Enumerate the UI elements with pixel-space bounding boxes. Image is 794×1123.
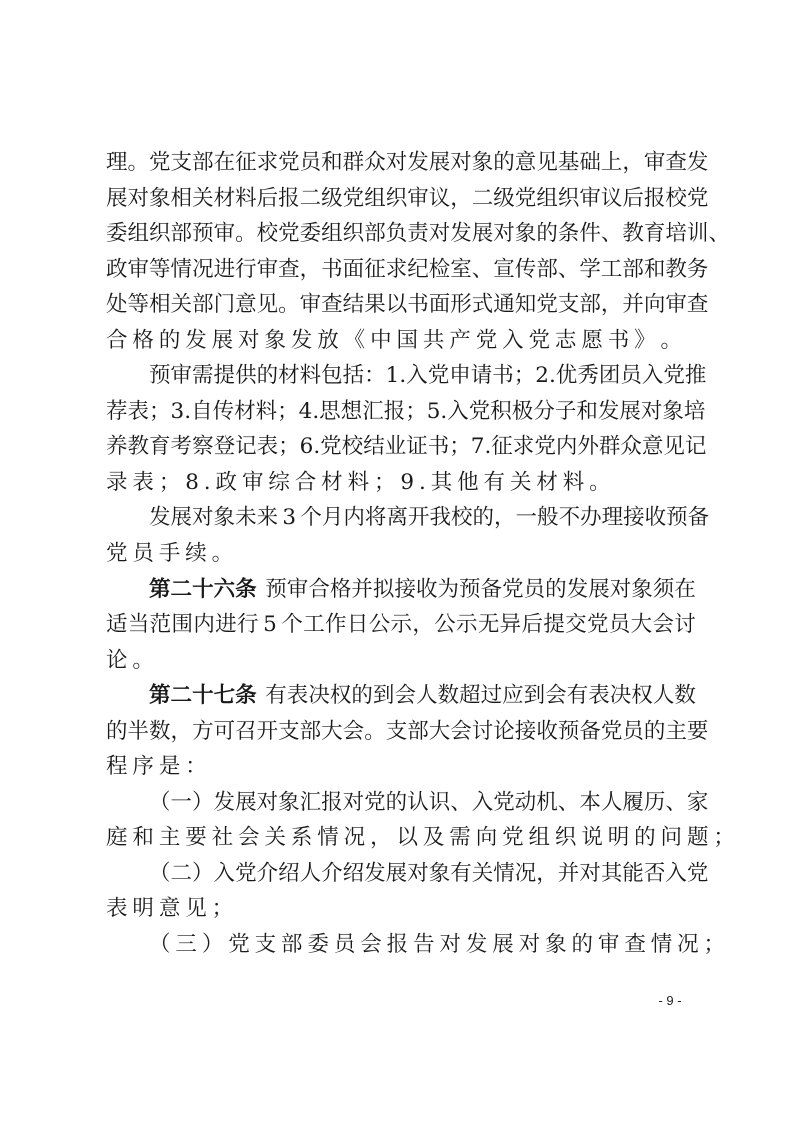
text-line: 庭和主要社会关系情况，以及需向党组织说明的问题； <box>106 820 696 856</box>
article-heading-char: 七 <box>214 678 236 714</box>
text-line: 适当范围内进行 5 个工作日公示，公示无异后提交党员大会讨 <box>106 607 696 643</box>
text-line: 论。 <box>106 643 696 679</box>
text-line: （三）党支部委员会报告对发展对象的审查情况； <box>106 927 696 963</box>
article-heading-char: 十 <box>192 572 214 608</box>
text-line: 的半数，方可召开支部大会。支部大会讨论接收预备党员的主要 <box>106 714 696 750</box>
text-line: 党员手续。 <box>106 536 696 572</box>
text-line: （一）发展对象汇报对党的认识、入党动机、本人履历、家 <box>106 785 696 821</box>
text-line: 展对象相关材料后报二级党组织审议，二级党组织审议后报校党 <box>106 181 696 217</box>
document-body: 理。党支部在征求党员和群众对发展对象的意见基础上，审查发展对象相关材料后报二级党… <box>106 145 696 963</box>
page-number: - 9 - <box>640 993 700 1008</box>
text-line: 预审需提供的材料包括：1.入党申请书；2.优秀团员入党推 <box>106 358 696 394</box>
text-line: 发展对象未来 3 个月内将离开我校的，一般不办理接收预备 <box>106 500 696 536</box>
text-line: 处等相关部门意见。审查结果以书面形式通知党支部，并向审查 <box>106 287 696 323</box>
text-line: 理。党支部在征求党员和群众对发展对象的意见基础上，审查发 <box>106 145 696 181</box>
text-line: （二）入党介绍人介绍发展对象有关情况，并对其能否入党 <box>106 856 696 892</box>
article-heading-char: 六 <box>214 572 236 608</box>
text-line: 养教育考察登记表；6.党校结业证书；7.征求党内外群众意见记 <box>106 429 696 465</box>
text-line: 表明意见； <box>106 891 696 927</box>
text-line: 荐表；3.自传材料；4.思想汇报；5.入党积极分子和发展对象培 <box>106 394 696 430</box>
text-line: 委组织部预审。校党委组织部负责对发展对象的条件、教育培训、 <box>106 216 696 252</box>
text-line: 录表；8.政审综合材料；9.其他有关材料。 <box>106 465 696 501</box>
text-line: 政审等情况进行审查，书面征求纪检室、宣传部、学工部和教务 <box>106 252 696 288</box>
text-line: 合格的发展对象发放《中国共产党入党志愿书》。 <box>106 323 696 359</box>
text-line: 第二十七条 有表决权的到会人数超过应到会有表决权人数 <box>106 678 696 714</box>
article-heading-char: 十 <box>192 678 214 714</box>
article-heading-char: 第 <box>149 572 171 608</box>
article-heading-char: 二 <box>171 678 193 714</box>
document-page: 理。党支部在征求党员和群众对发展对象的意见基础上，审查发展对象相关材料后报二级党… <box>0 0 794 1123</box>
text-line: 程序是： <box>106 749 696 785</box>
article-heading-char: 条 <box>235 572 257 608</box>
text-line: 第二十六条 预审合格并拟接收为预备党员的发展对象须在 <box>106 572 696 608</box>
article-heading-char: 二 <box>171 572 193 608</box>
article-heading-char: 条 <box>235 678 257 714</box>
article-heading-char: 第 <box>149 678 171 714</box>
